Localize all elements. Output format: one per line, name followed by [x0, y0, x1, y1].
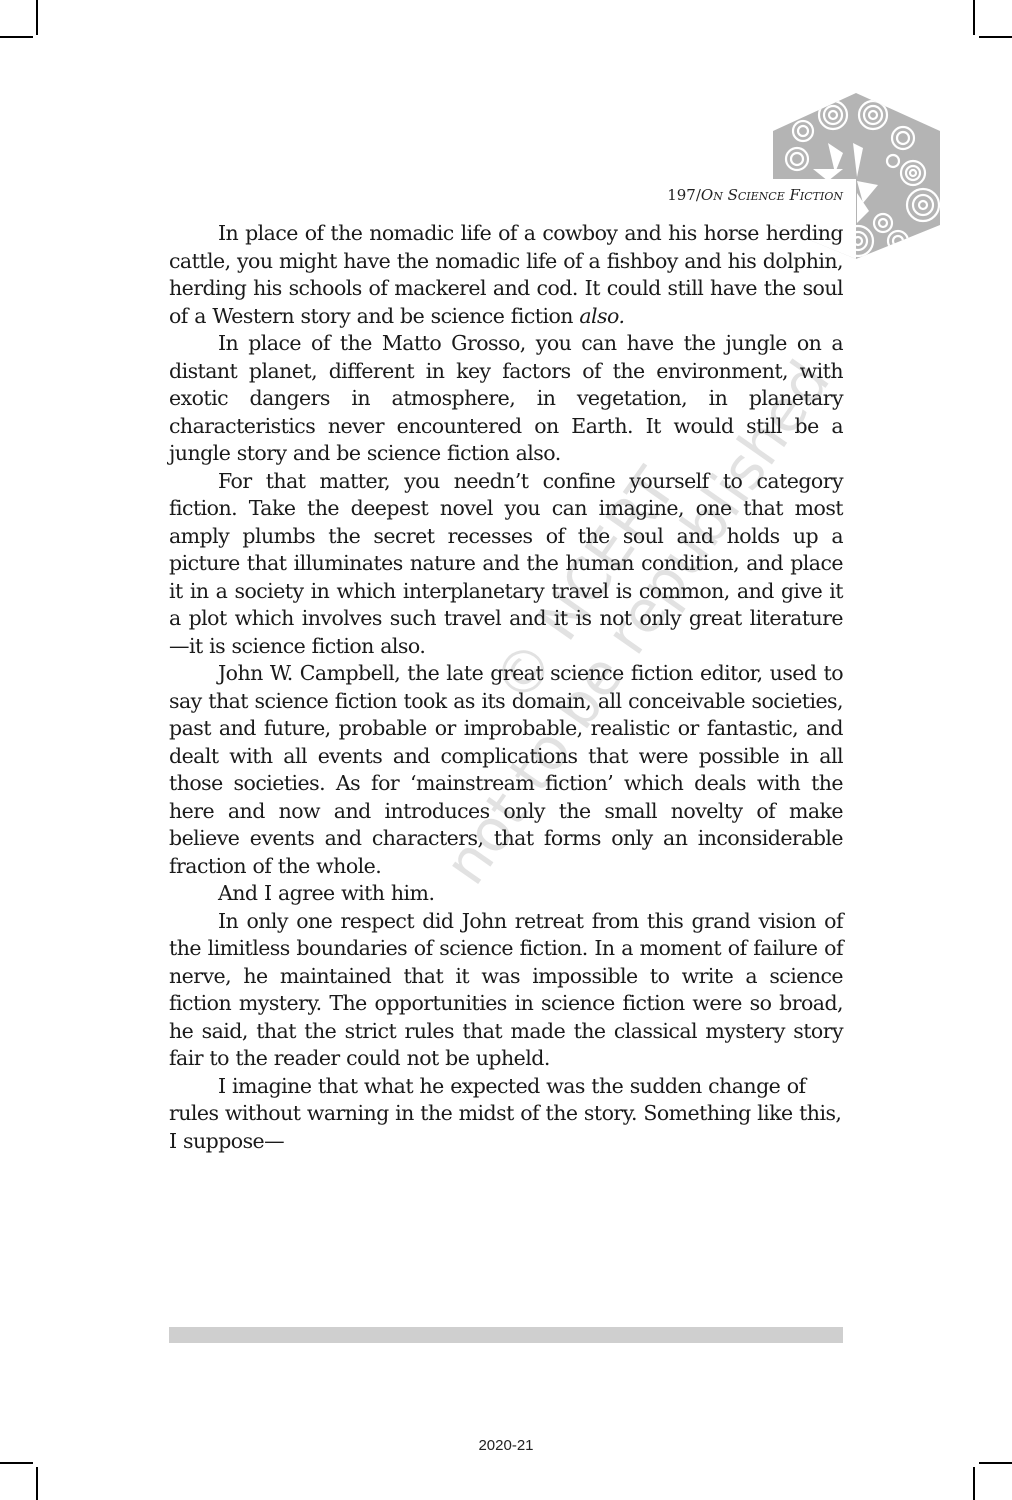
crop-mark-top-left-v [36, 0, 38, 35]
footer-year: 2020-21 [0, 1437, 1012, 1454]
italic-also: also. [579, 304, 624, 328]
crop-mark-bottom-left-v [36, 1467, 38, 1500]
bottom-gray-bar [169, 1327, 843, 1343]
paragraph-7: I imagine that what he expected was the … [169, 1073, 843, 1156]
paragraph-5: And I agree with him. [169, 880, 843, 908]
crop-mark-top-right-h [979, 36, 1012, 38]
running-title: On Science Fiction [701, 186, 843, 204]
crop-mark-bottom-right-v [973, 1467, 975, 1500]
paragraph-6: In only one respect did John retreat fro… [169, 908, 843, 1073]
page-number: 197 [667, 186, 696, 204]
paragraph-2: In place of the Matto Grosso, you can ha… [169, 330, 843, 468]
paragraph-1: In place of the nomadic life of a cowboy… [169, 220, 843, 330]
running-head: 197/On Science Fiction [663, 186, 843, 204]
paragraph-3: For that matter, you needn’t confine you… [169, 468, 843, 661]
body-text: In place of the nomadic life of a cowboy… [169, 220, 843, 1155]
crop-mark-bottom-right-h [979, 1462, 1012, 1464]
crop-mark-bottom-left-h [0, 1462, 33, 1464]
paragraph-4: John W. Campbell, the late great science… [169, 660, 843, 880]
crop-mark-top-right-v [973, 0, 975, 35]
paragraph-text: In place of the nomadic life of a cowboy… [169, 221, 843, 328]
crop-mark-top-left-h [0, 36, 33, 38]
